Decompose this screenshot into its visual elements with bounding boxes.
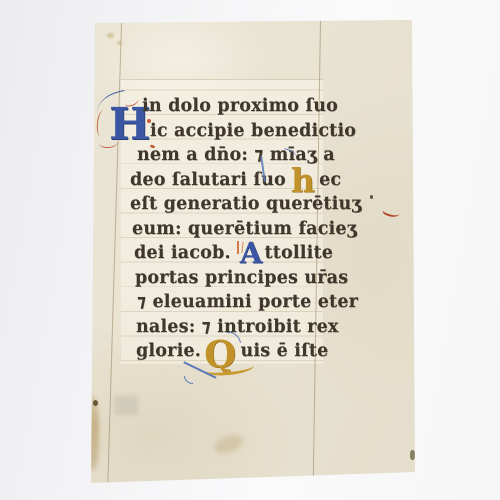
speck-right-edge xyxy=(410,450,415,460)
text-line-7-after: ttollite xyxy=(264,243,333,263)
speck-right-margin xyxy=(370,195,373,199)
text-line-11-before: glorie. xyxy=(136,341,201,361)
text-line-1: in dolo proximo ſuo xyxy=(142,94,338,118)
penwork-red-fill-A xyxy=(237,241,239,254)
ink-showthrough xyxy=(114,395,138,415)
spot-top-left xyxy=(107,33,114,38)
penwork-blue-hook-Q xyxy=(184,376,193,384)
text-line-8: portas principes ur̄as xyxy=(135,266,348,290)
text-line-4-after: ec xyxy=(319,170,341,190)
text-line-4: deo ſalutari ſuohec xyxy=(130,168,341,192)
smudge-bottom-margin xyxy=(212,431,246,456)
text-line-9: ⁊ eleuamini porte eter xyxy=(137,290,358,314)
speck-left-edge xyxy=(93,400,98,406)
spot-top-left-small xyxy=(117,41,122,45)
manuscript-photo-background: H in dolo proximo ſuo ic accipie benedic… xyxy=(0,0,500,500)
text-line-11-after: uis ē iſte xyxy=(241,341,329,361)
manuscript-leaf: H in dolo proximo ſuo ic accipie benedic… xyxy=(0,0,500,500)
stain-left-edge xyxy=(86,396,99,470)
text-line-5: eſt generatio querētiuʒ xyxy=(130,192,362,216)
text-line-7: dei iacob.Attollite xyxy=(134,241,333,265)
penwork-red-flourish-H-left xyxy=(95,109,108,136)
text-line-7-before: dei iacob. xyxy=(134,243,231,263)
red-margin-squiggle-mark xyxy=(382,204,402,220)
text-line-2: ic accipie benedictio xyxy=(150,119,356,143)
gold-Q-tail-swash xyxy=(206,360,255,376)
